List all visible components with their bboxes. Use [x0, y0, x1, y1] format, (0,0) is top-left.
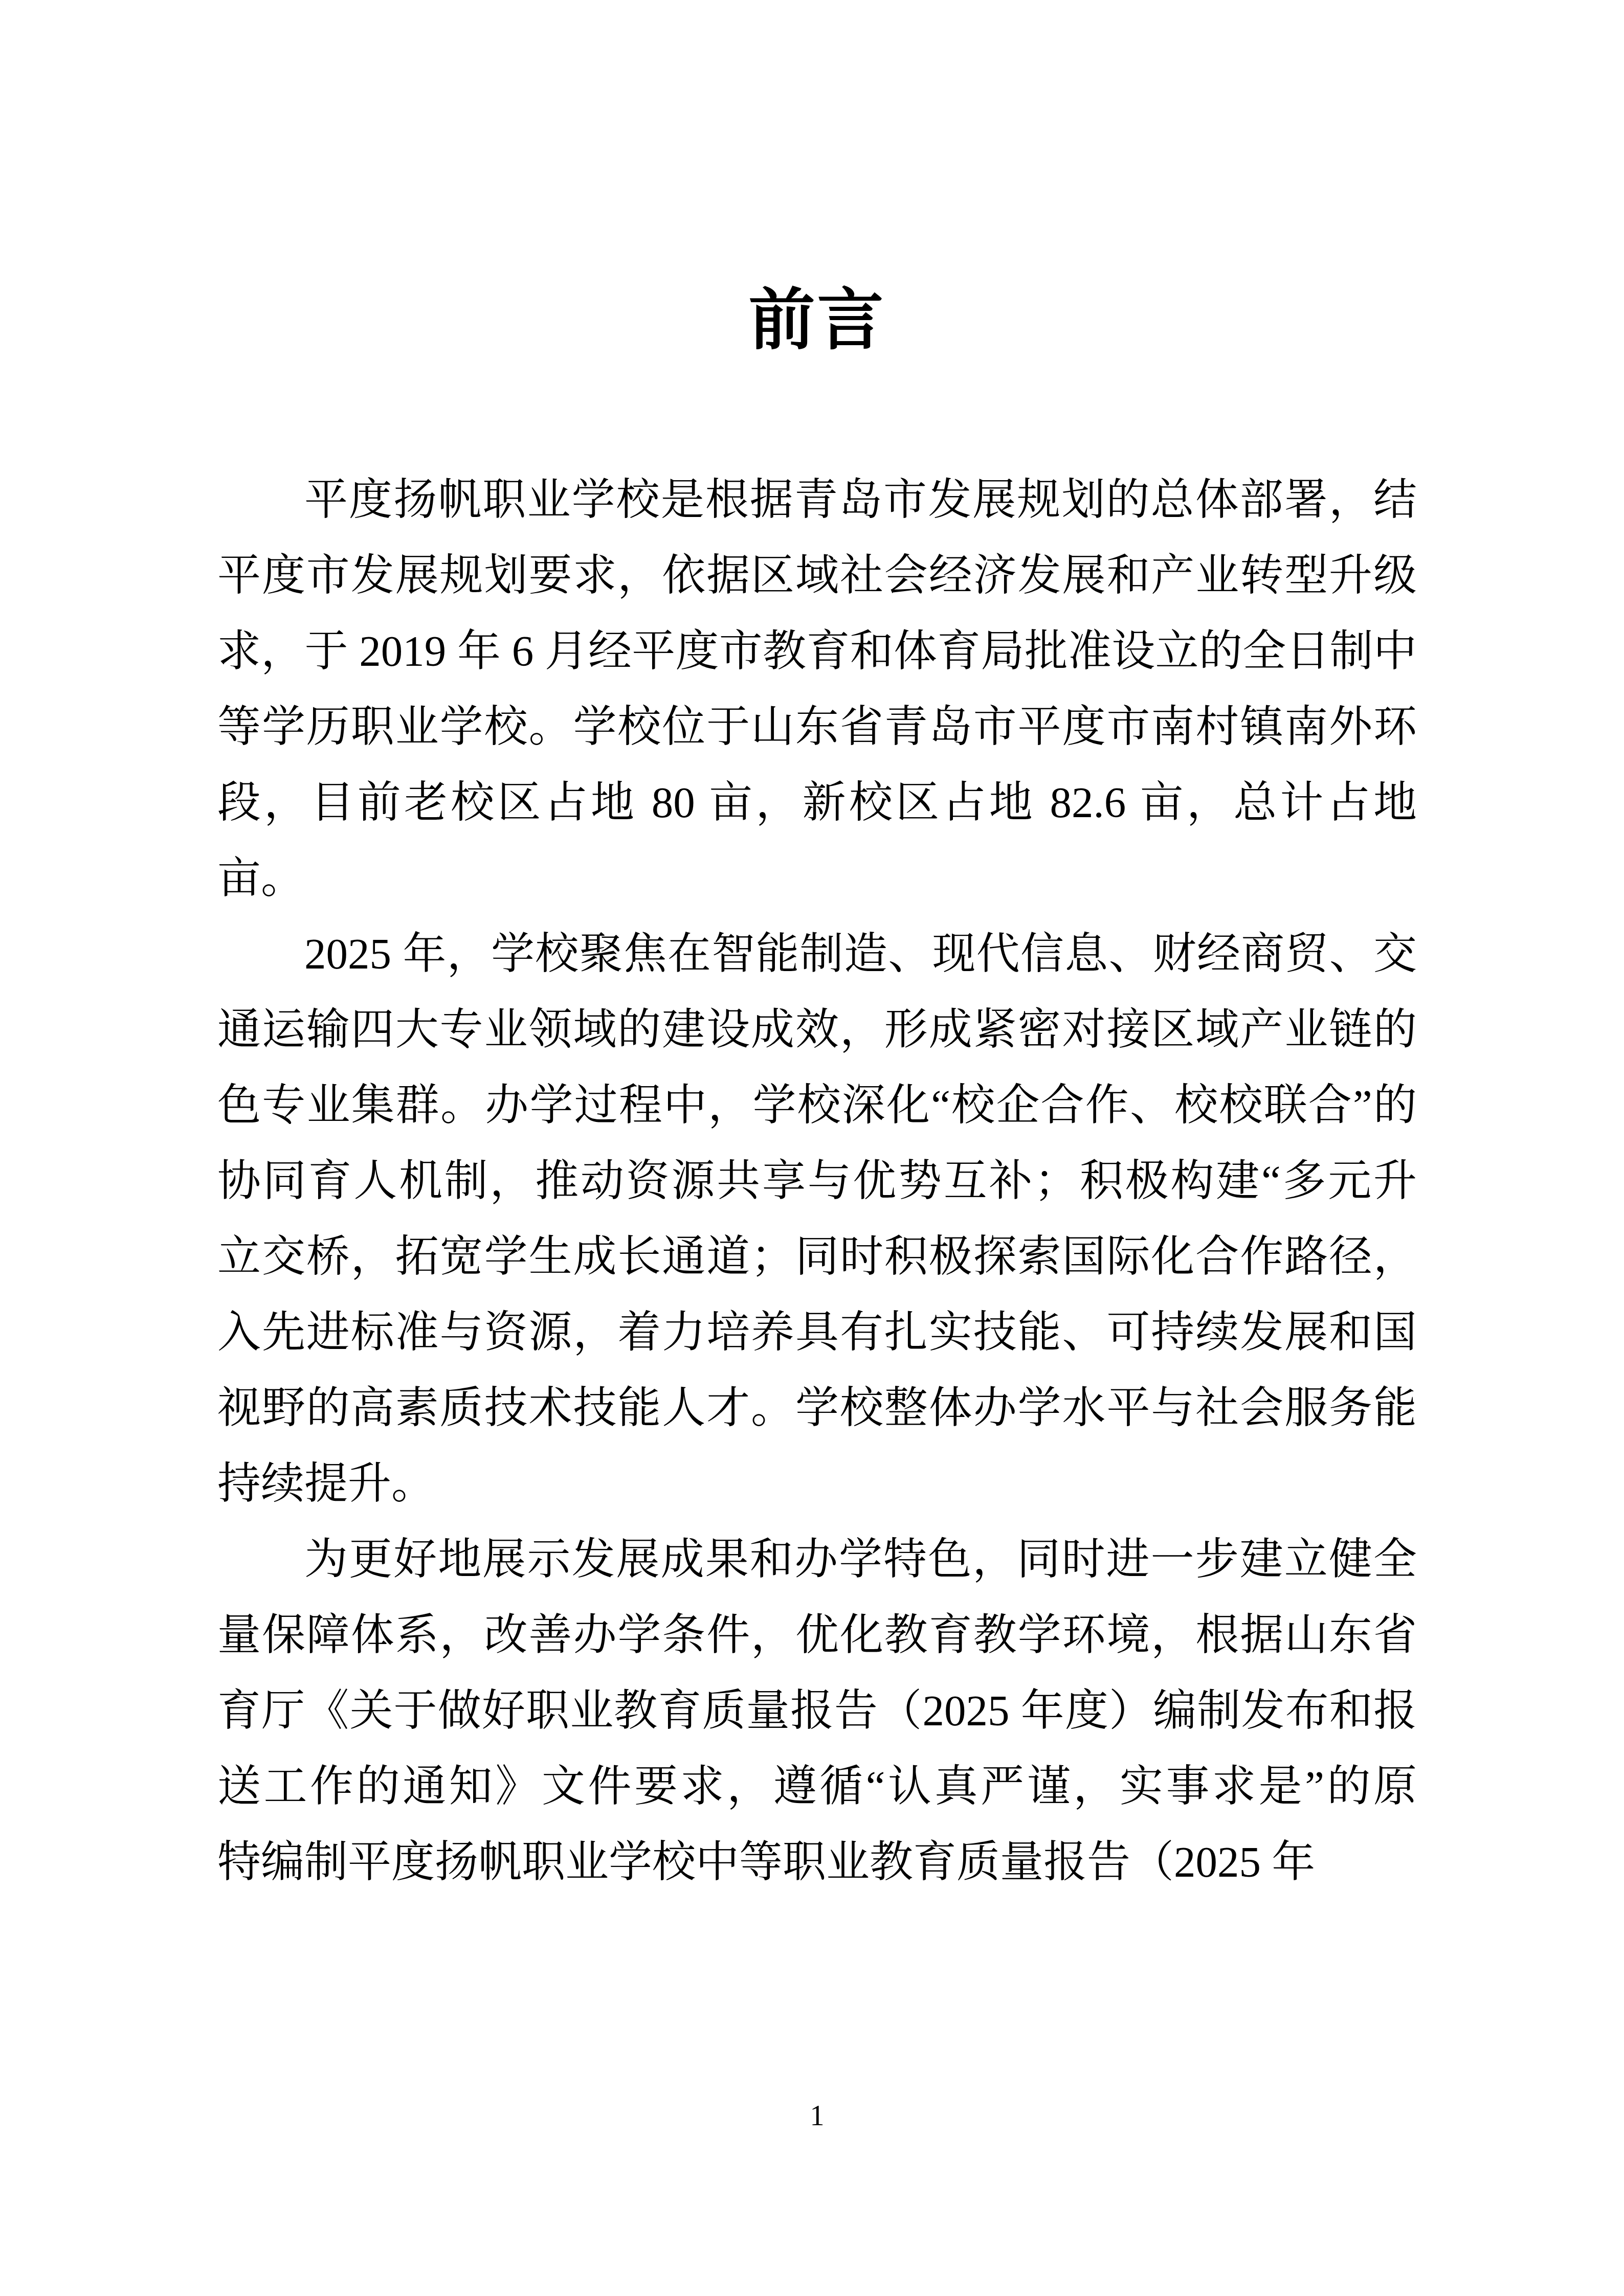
text-line: 等学历职业学校。学校位于山东省青岛市平度市南村镇南外环中 [217, 689, 1417, 765]
text-line: 立交桥，拓宽学生成长通道；同时积极探索国际化合作路径，引 [217, 1219, 1417, 1295]
text-line: 送工作的通知》文件要求，遵循“认真严谨，实事求是”的原则， [217, 1749, 1417, 1825]
text-line: 协同育人机制，推动资源共享与优势互补；积极构建“多元升学” [217, 1143, 1417, 1219]
text-line: 持续提升。 [217, 1446, 1417, 1522]
text-line: 通运输四大专业领域的建设成效，形成紧密对接区域产业链的特 [217, 992, 1417, 1068]
text-line: 求，于 2019 年 6 月经平度市教育和体育局批准设立的全日制中 [217, 614, 1417, 689]
page-title: 前言 [217, 279, 1417, 363]
text-line: 段，目前老校区占地 80 亩，新校区占地 82.6 亩，总计占地 162.6 [217, 765, 1417, 841]
text-line: 为更好地展示发展成果和办学特色，同时进一步建立健全质 [217, 1522, 1417, 1597]
document-page: 前言 平度扬帆职业学校是根据青岛市发展规划的总体部署，结合平度市发展规划要求，依… [0, 0, 1624, 2296]
text-line: 量保障体系，改善办学条件，优化教育教学环境，根据山东省教 [217, 1597, 1417, 1673]
text-line: 入先进标准与资源，着力培养具有扎实技能、可持续发展和国际 [217, 1295, 1417, 1370]
text-line: 育厅《关于做好职业教育质量报告（2025 年度）编制发布和报 [217, 1673, 1417, 1749]
text-line: 特编制平度扬帆职业学校中等职业教育质量报告（2025 年度）。 [217, 1825, 1417, 1900]
text-line: 亩。 [217, 841, 1417, 916]
text-line: 色专业集群。办学过程中，学校深化“校企合作、校校联合”的 [217, 1068, 1417, 1143]
page-number: 1 [217, 2096, 1417, 2136]
text-line: 平度扬帆职业学校是根据青岛市发展规划的总体部署，结合 [217, 462, 1417, 538]
text-line: 2025 年，学校聚焦在智能制造、现代信息、财经商贸、交 [217, 916, 1417, 992]
text-line: 视野的高素质技术技能人才。学校整体办学水平与社会服务能力 [217, 1370, 1417, 1446]
document-body: 平度扬帆职业学校是根据青岛市发展规划的总体部署，结合平度市发展规划要求，依据区域… [217, 462, 1417, 1900]
text-line: 平度市发展规划要求，依据区域社会经济发展和产业转型升级需 [217, 538, 1417, 614]
